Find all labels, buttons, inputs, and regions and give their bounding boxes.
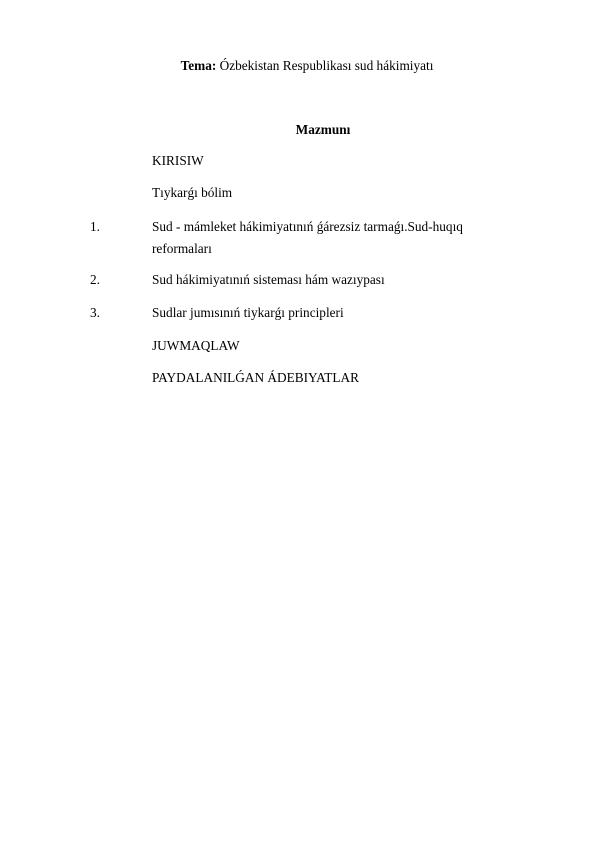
contents-heading: Mazmunı: [0, 121, 596, 139]
document-page: Tema: Ózbekistan Respublikası sud hákimi…: [0, 0, 596, 842]
toc-item-text: Sudlar jumısınıń tiykarǵı principleri: [152, 302, 497, 324]
toc-item-number: 2.: [90, 269, 100, 291]
title-label: Tema:: [181, 58, 217, 73]
toc-item-number: 1.: [90, 216, 100, 238]
toc-item-text: PAYDALANILǴAN ÁDEBIYATLAR: [152, 367, 497, 389]
document-title: Tema: Ózbekistan Respublikası sud hákimi…: [0, 57, 596, 75]
toc-item-text: JUWMAQLAW: [152, 335, 497, 357]
toc-item-text: Sud hákimiyatınıń sisteması hám wazıypas…: [152, 269, 497, 291]
toc-item-text: Sud - mámleket hákimiyatınıń ǵárezsiz ta…: [152, 216, 497, 260]
title-text: Ózbekistan Respublikası sud hákimiyatı: [220, 58, 434, 73]
toc-item-text: Tıykarǵı bólim: [152, 182, 497, 204]
toc-item-number: 3.: [90, 302, 100, 324]
toc-item-text: KIRISIW: [152, 150, 497, 172]
